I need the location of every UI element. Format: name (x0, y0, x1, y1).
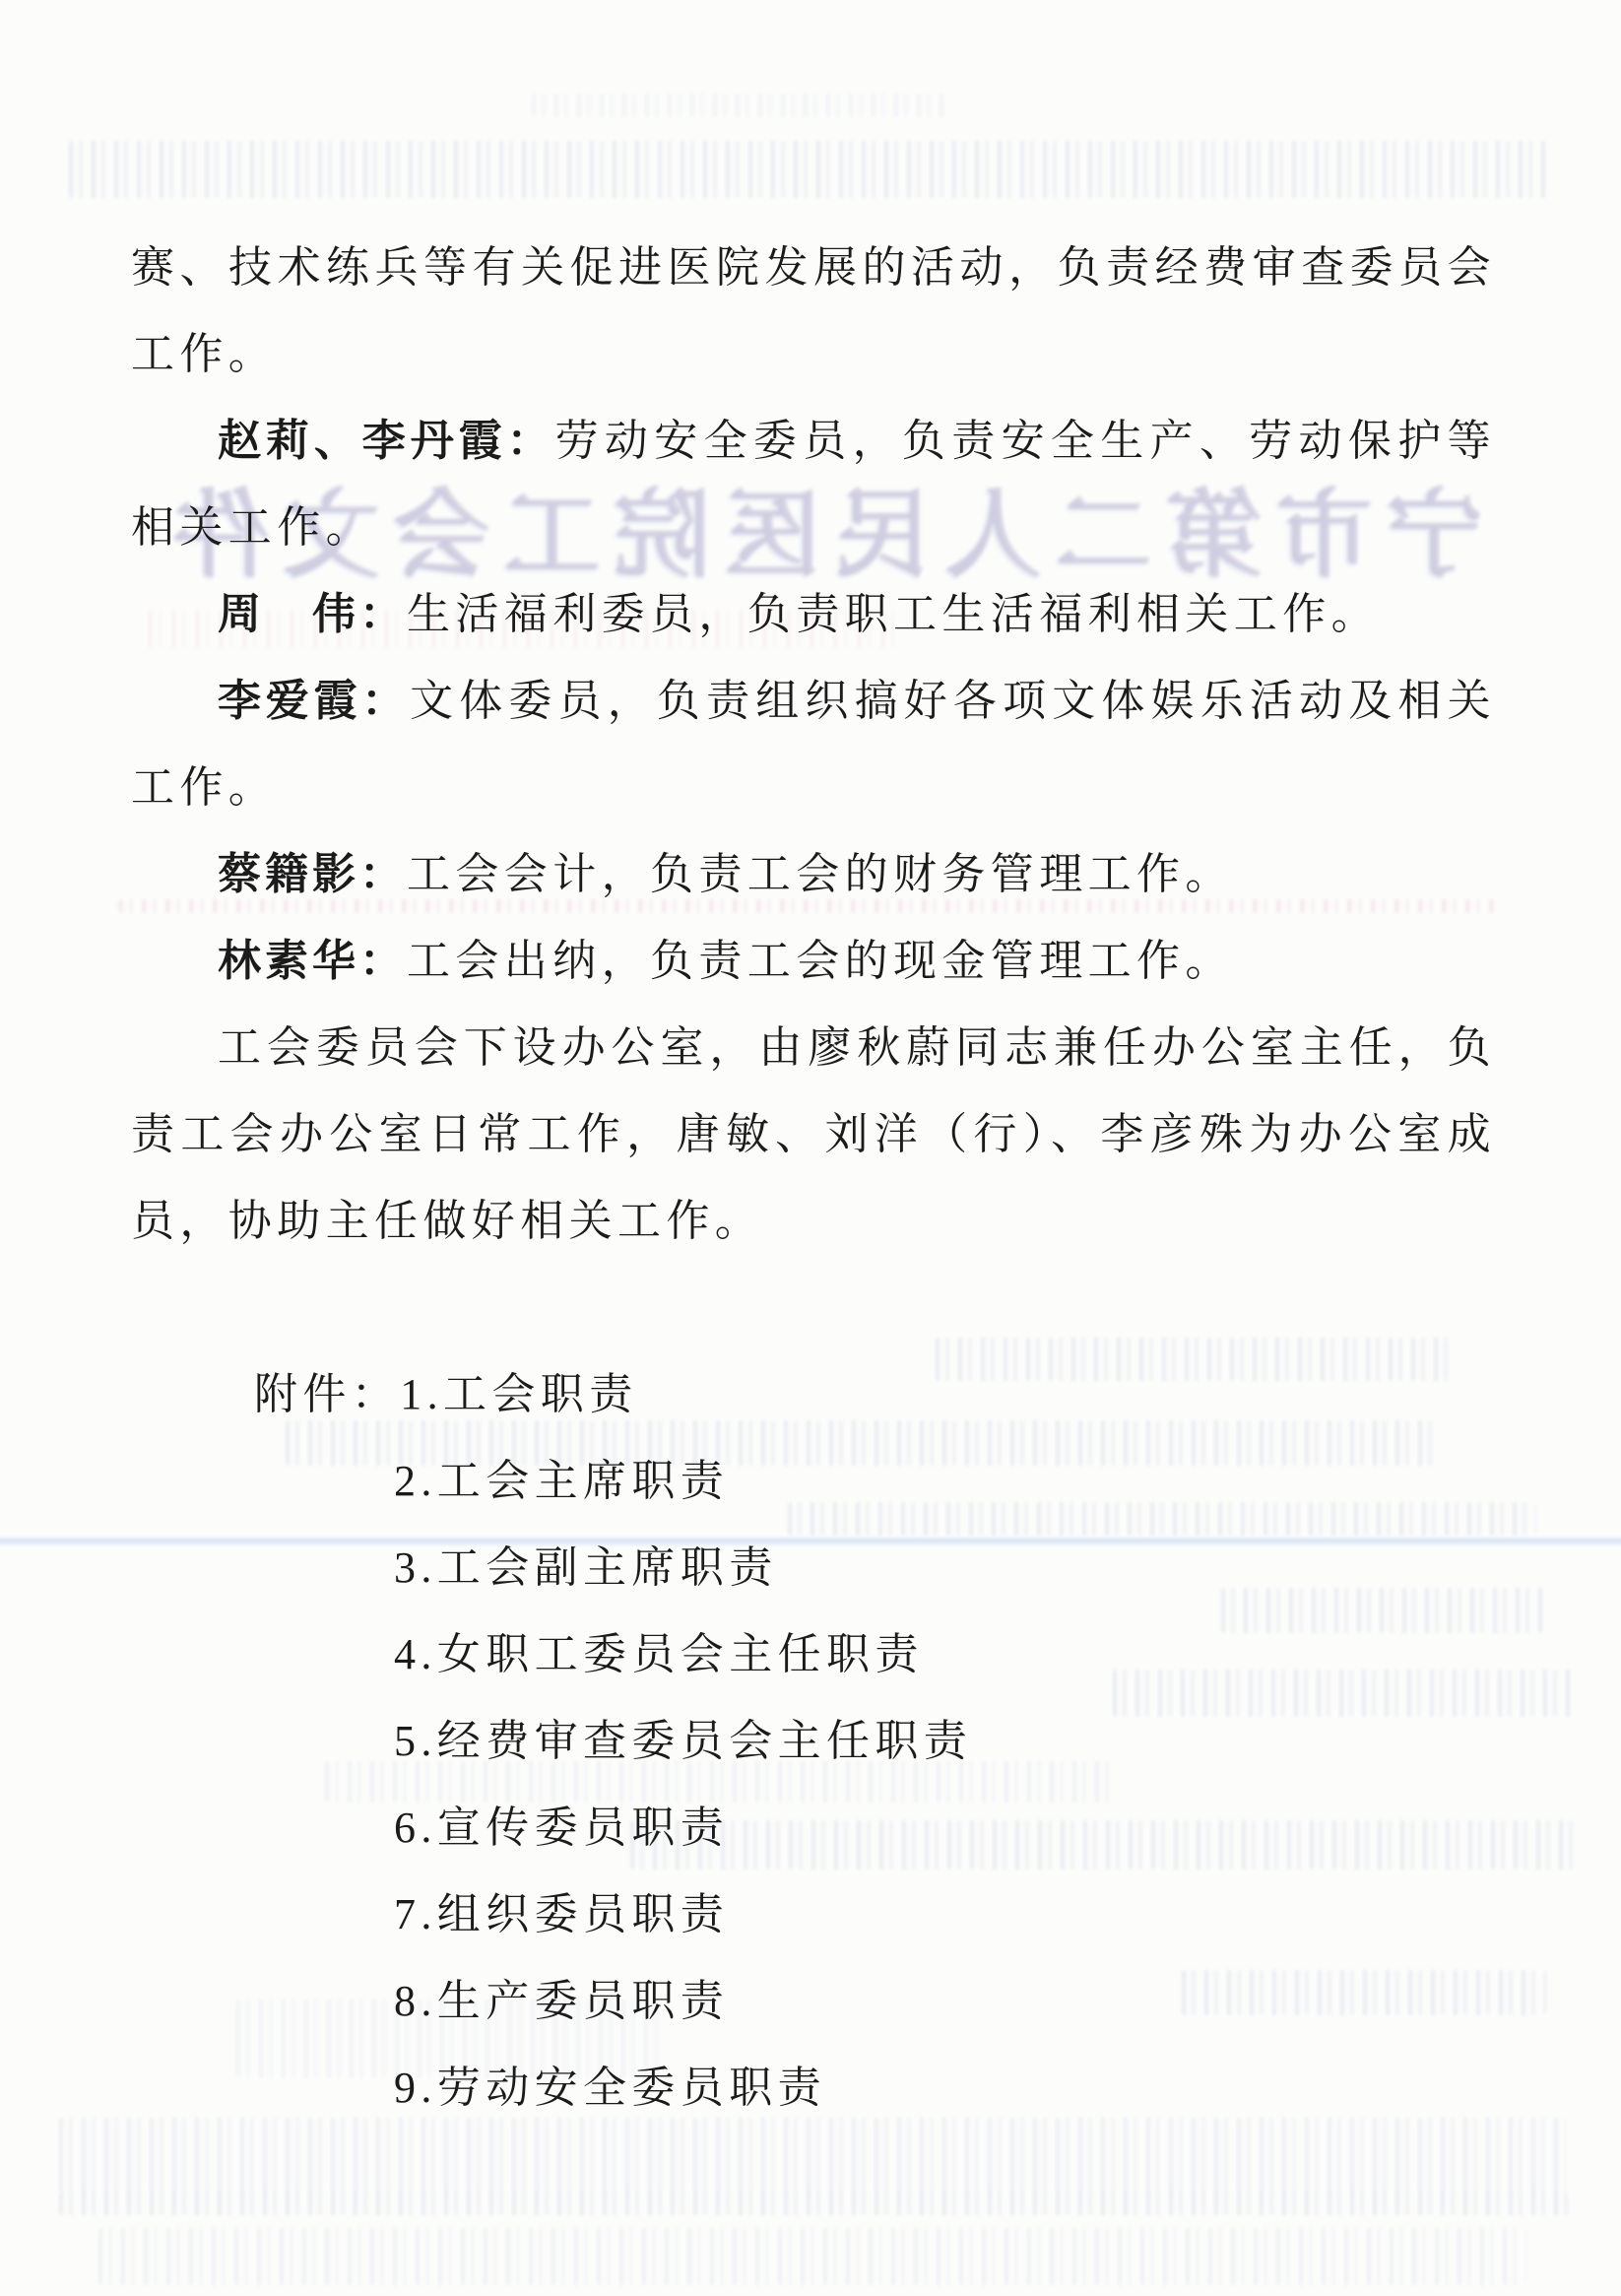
attachment-item: 8.生产委员职责 (394, 1977, 729, 2025)
attachment-item: 4.女职工委员会主任职责 (394, 1630, 924, 1678)
member-name: 赵莉、李丹霞： (218, 417, 555, 465)
attachment-row: 2.工会主席职责 (131, 1438, 1496, 1525)
attachment-row: 8.生产委员职责 (131, 1958, 1496, 2045)
paragraph-text: 赛、技术练兵等有关促进医院发展的活动，负责经费审查委员会工作。 (131, 243, 1496, 378)
attachment-item: 6.宣传委员职责 (394, 1804, 729, 1852)
member-name: 李爱霞： (218, 677, 410, 725)
bleed-through-smudge (98, 2228, 1526, 2285)
attachment-item: 9.劳动安全委员职责 (394, 2064, 826, 2112)
body-paragraph: 赵莉、李丹霞：劳动安全委员，负责安全生产、劳动保护等相关工作。 (131, 398, 1496, 571)
bleed-through-smudge (69, 141, 1546, 198)
paragraph-text: 工会会计，负责工会的财务管理工作。 (407, 850, 1234, 898)
scanned-document-page: 宁市第二人民医院工会文件 赛、技术练兵等有关促进医院发展的活动，负责经费审查委员… (0, 0, 1621, 2296)
attachment-row: 7.组织委员职责 (131, 1871, 1496, 1958)
attachment-row: 5.经费审查委员会主任职责 (131, 1698, 1496, 1785)
document-body: 赛、技术练兵等有关促进医院发展的活动，负责经费审查委员会工作。 赵莉、李丹霞：劳… (131, 225, 1496, 2132)
attachment-row: 4.女职工委员会主任职责 (131, 1611, 1496, 1698)
body-paragraph: 李爱霞：文体委员，负责组织搞好各项文体娱乐活动及相关工作。 (131, 658, 1496, 831)
paragraph-text: 工会出纳，负责工会的现金管理工作。 (407, 937, 1234, 985)
paragraph-text: 生活福利委员，负责职工生活福利相关工作。 (407, 590, 1380, 638)
attachment-row: 6.宣传委员职责 (131, 1785, 1496, 1871)
paragraph-text: 工会委员会下设办公室，由廖秋蔚同志兼任办公室主任，负责工会办公室日常工作，唐敏、… (131, 1023, 1496, 1245)
body-paragraph: 工会委员会下设办公室，由廖秋蔚同志兼任办公室主任，负责工会办公室日常工作，唐敏、… (131, 1005, 1496, 1265)
body-paragraph: 林素华：工会出纳，负责工会的现金管理工作。 (131, 918, 1496, 1005)
attachment-item: 1.工会职责 (400, 1370, 637, 1418)
body-paragraph: 蔡籍影：工会会计，负责工会的财务管理工作。 (131, 831, 1496, 918)
attachment-item: 5.经费审查委员会主任职责 (394, 1717, 972, 1765)
bleed-through-smudge (59, 2192, 1576, 2215)
body-paragraph: 周 伟：生活福利委员，负责职工生活福利相关工作。 (131, 571, 1496, 658)
bleed-through-smudge (532, 94, 945, 117)
attachment-item: 7.组织委员职责 (394, 1890, 729, 1938)
attachment-item: 2.工会主席职责 (394, 1457, 729, 1505)
attachments-list: 附件：1.工会职责 2.工会主席职责 3.工会副主席职责 4.女职工委员会主任职… (131, 1351, 1496, 2132)
body-paragraph: 赛、技术练兵等有关促进医院发展的活动，负责经费审查委员会工作。 (131, 225, 1496, 398)
attachment-row: 3.工会副主席职责 (131, 1525, 1496, 1611)
attachments-label: 附件： (254, 1370, 400, 1418)
attachment-row: 附件：1.工会职责 (131, 1351, 1496, 1438)
attachment-item: 3.工会副主席职责 (394, 1543, 778, 1592)
member-name: 林素华： (218, 937, 407, 985)
attachment-row: 9.劳动安全委员职责 (131, 2045, 1496, 2132)
member-name: 周 伟： (218, 590, 407, 638)
member-name: 蔡籍影： (218, 850, 407, 898)
